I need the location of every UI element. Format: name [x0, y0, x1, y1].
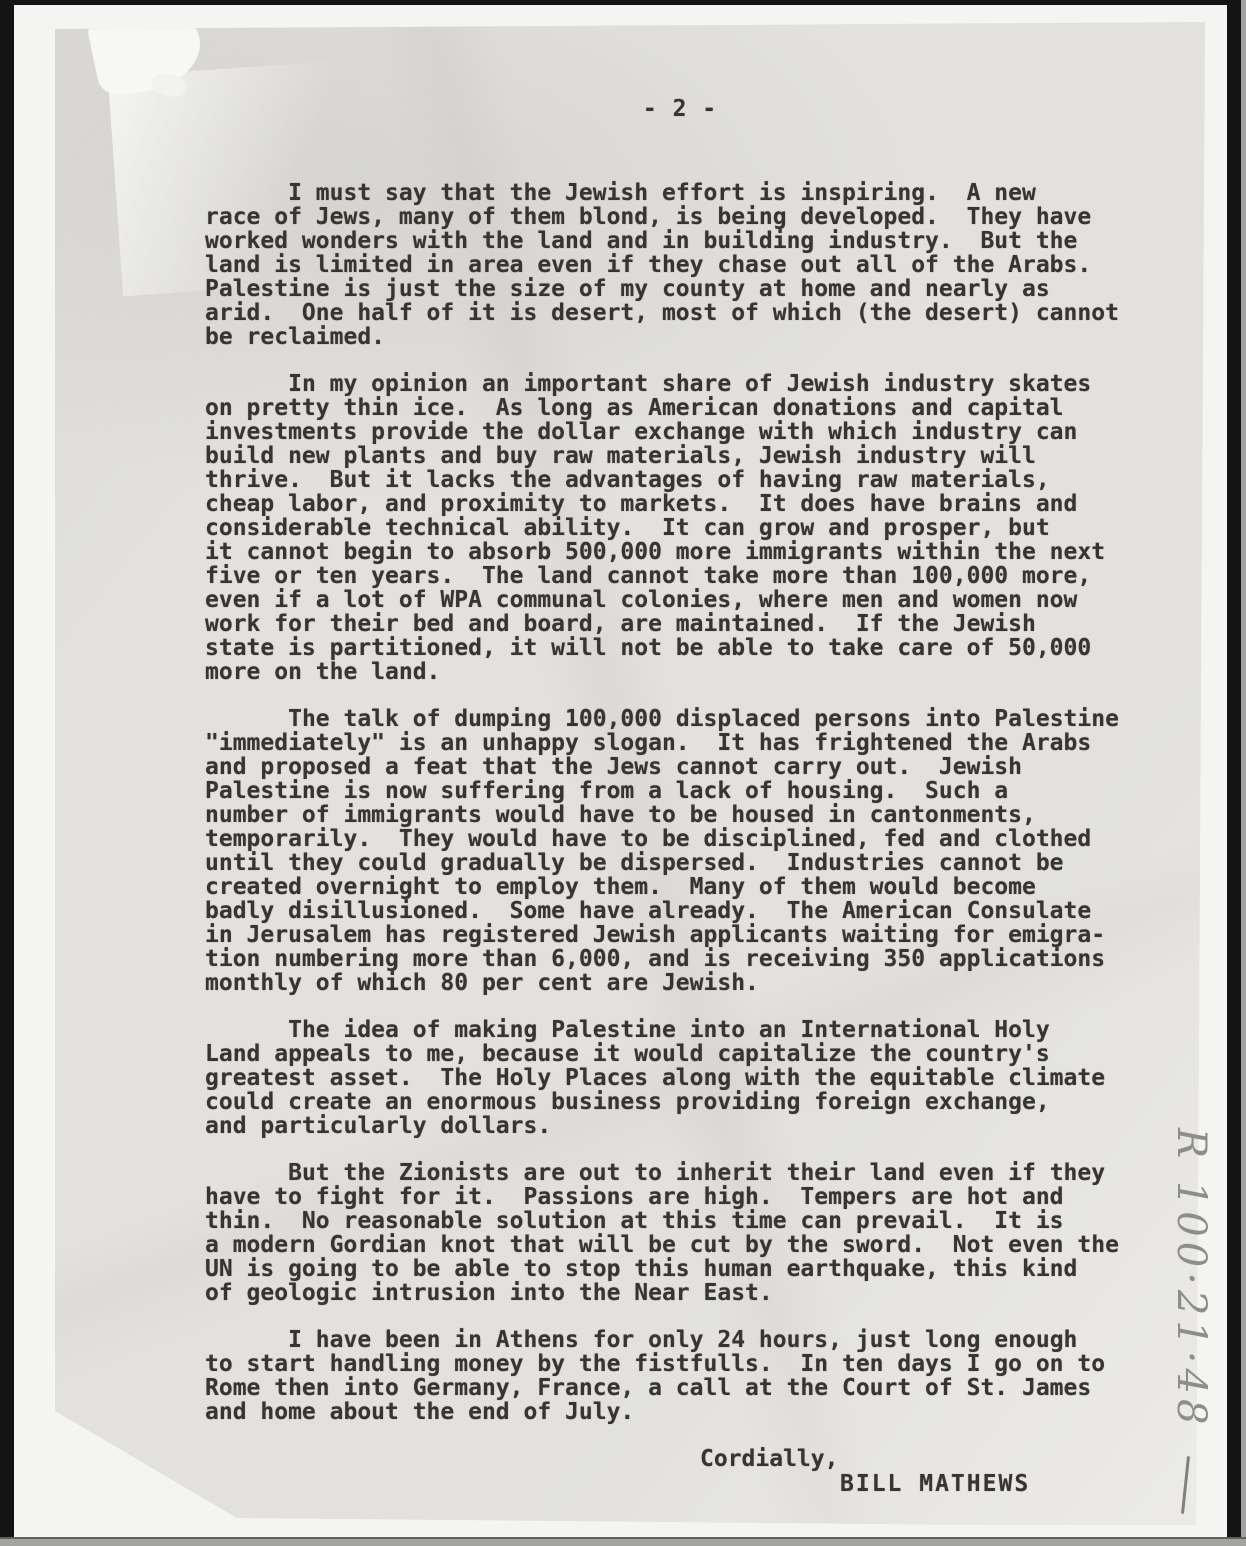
closing-salutation: Cordially,	[700, 1447, 1185, 1471]
paragraph: I have been in Athens for only 24 hours,…	[205, 1328, 1185, 1424]
scanner-bed-right	[1241, 0, 1246, 1546]
paper: - 2 - I must say that the Jewish effort …	[55, 22, 1205, 1525]
paragraph: But the Zionists are out to inherit thei…	[205, 1161, 1185, 1305]
paragraphs-container: I must say that the Jewish effort is ins…	[205, 181, 1185, 1424]
paragraph: In my opinion an important share of Jewi…	[205, 372, 1185, 684]
signature-name: BILL MATHEWS	[840, 1472, 1185, 1496]
handwritten-annotation: R 100·21·48	[1166, 1128, 1214, 1468]
torn-corner	[86, 2, 208, 101]
page-number: - 2 -	[205, 96, 1155, 122]
scan-edge-right	[1227, 0, 1241, 1546]
closing-block: Cordially, BILL MATHEWS	[205, 1447, 1185, 1496]
scan-edge-top	[0, 0, 1240, 5]
scan-edge-left	[0, 0, 14, 1537]
scan-background: - 2 - I must say that the Jewish effort …	[0, 0, 1246, 1546]
scanner-bed-bottom	[0, 1537, 1246, 1546]
letter-body: I must say that the Jewish effort is ins…	[205, 181, 1185, 1496]
paragraph: The talk of dumping 100,000 displaced pe…	[205, 707, 1185, 995]
paragraph: I must say that the Jewish effort is ins…	[205, 181, 1185, 349]
paragraph: The idea of making Palestine into an Int…	[205, 1018, 1185, 1138]
